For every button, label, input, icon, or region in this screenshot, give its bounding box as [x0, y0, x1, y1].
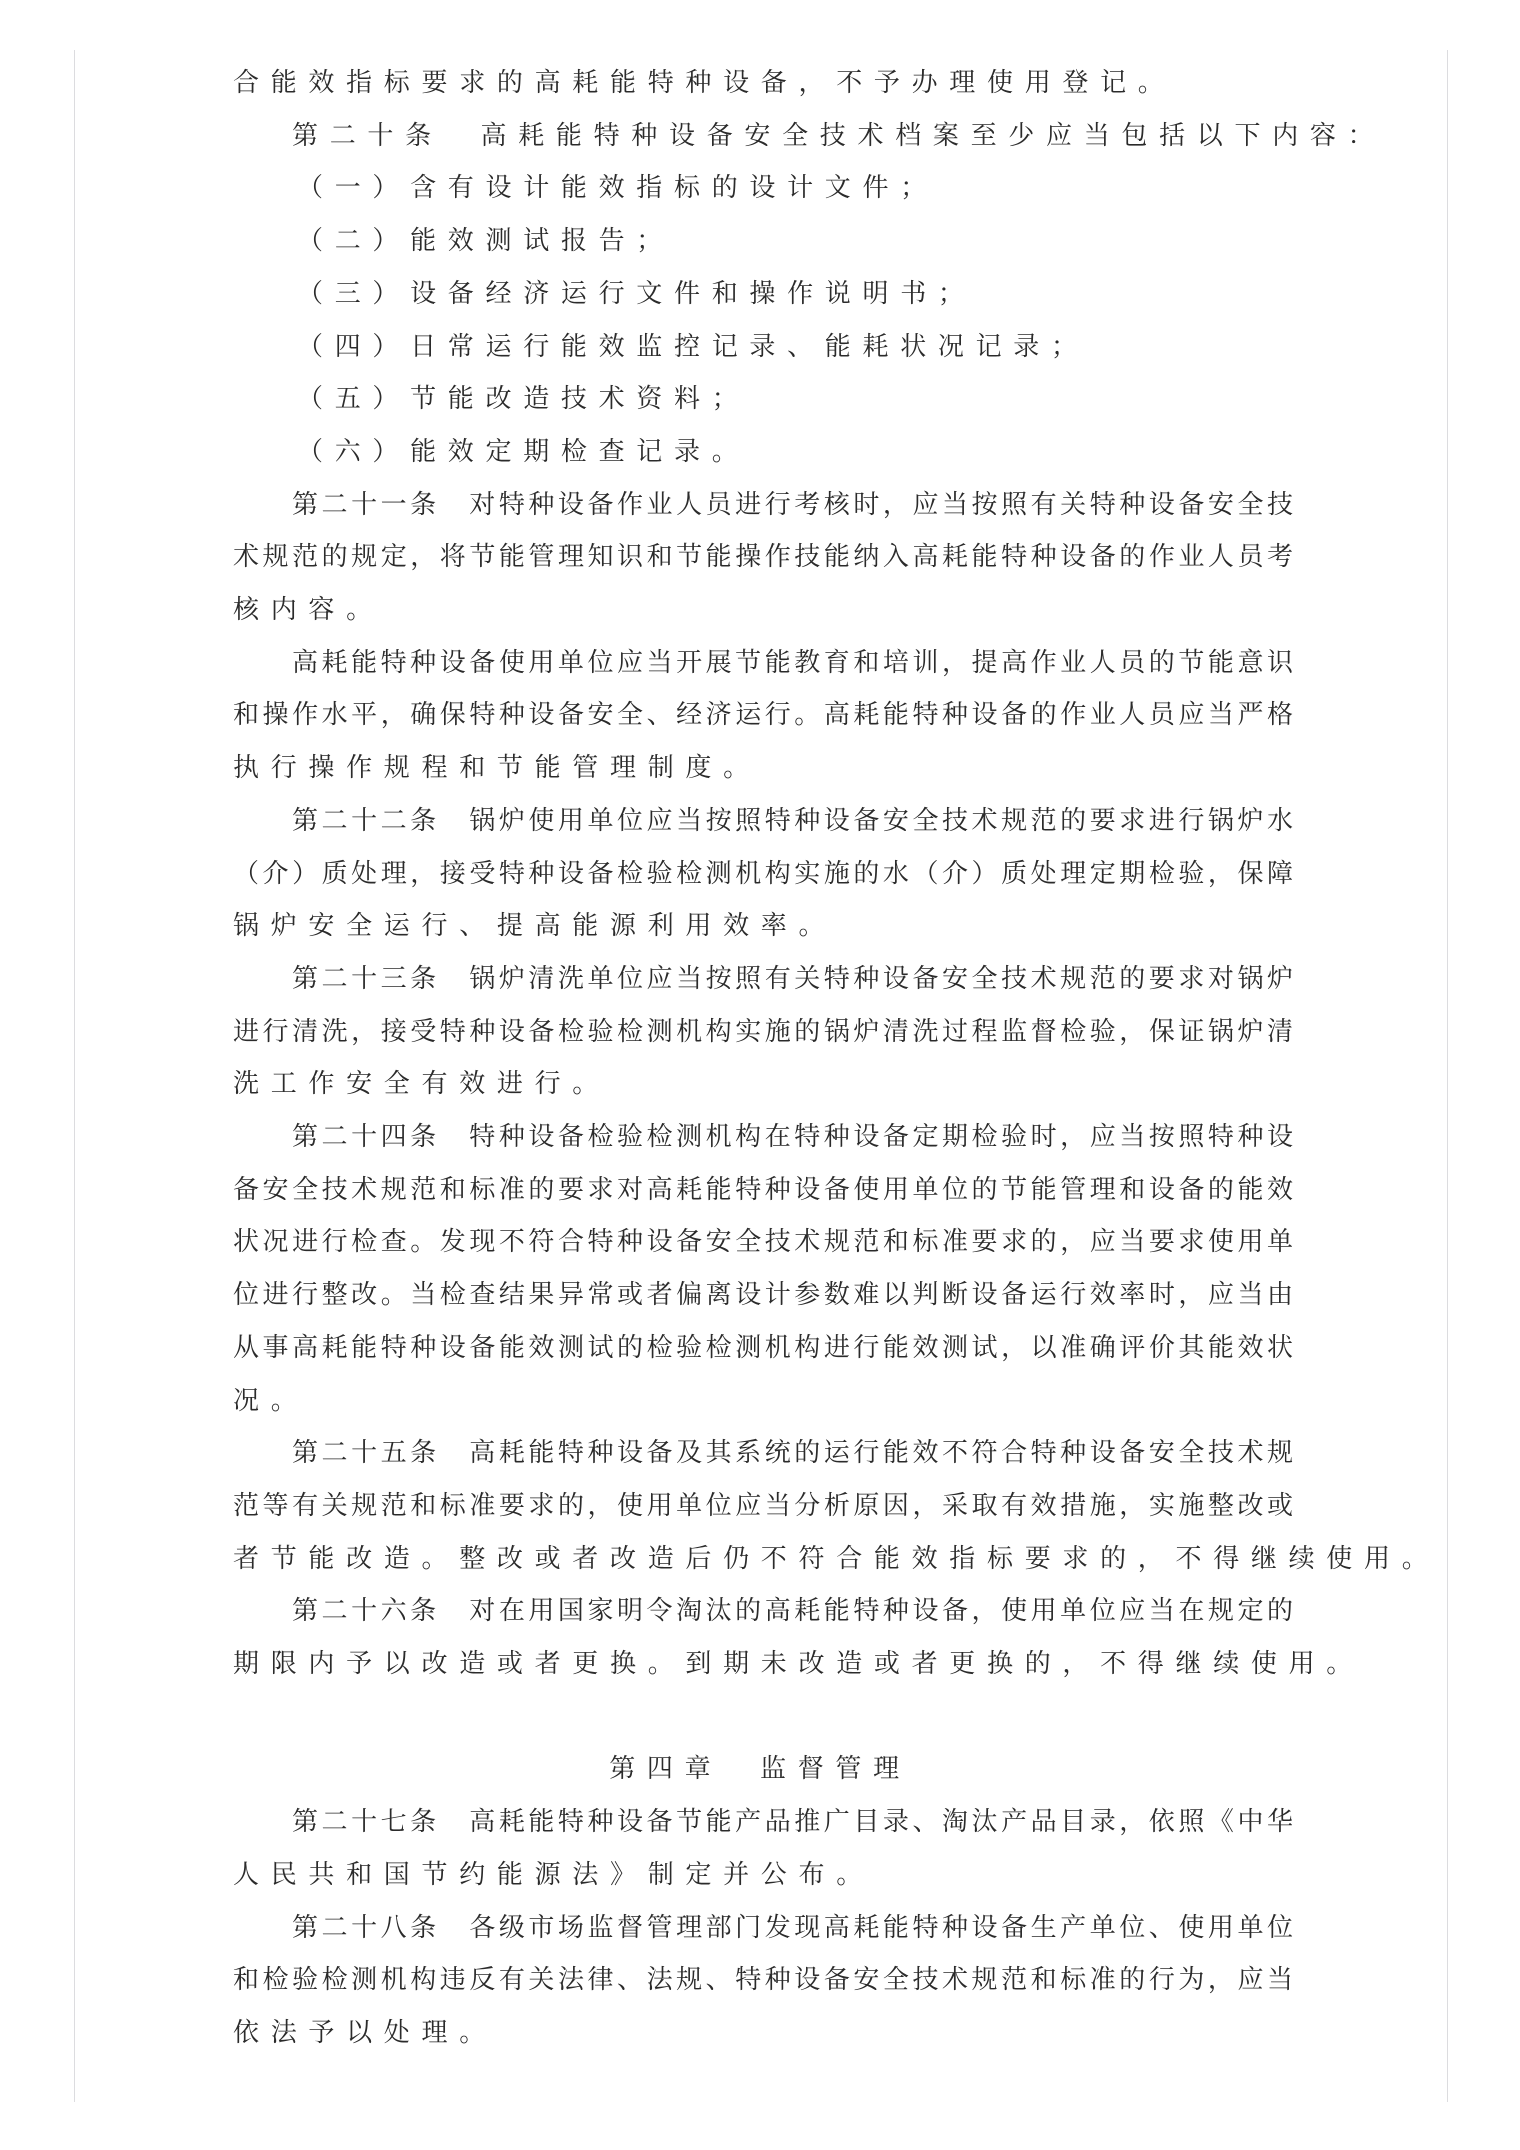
text-line: 洗工作安全有效进行。	[233, 1064, 610, 1104]
text-line: （三）设备经济运行文件和操作说明书；	[297, 274, 976, 314]
text-line: 备安全技术规范和标准的要求对高耗能特种设备使用单位的节能管理和设备的能效	[233, 1170, 1293, 1210]
text-line: 依法予以处理。	[233, 2013, 497, 2053]
text-line: 况。	[233, 1381, 308, 1421]
text-line: 第二十条 高耗能特种设备安全技术档案至少应当包括以下内容：	[292, 116, 1385, 156]
text-line: 进行清洗，接受特种设备检验检测机构实施的锅炉清洗过程监督检验，保证锅炉清	[233, 1012, 1293, 1052]
text-line: 者节能改造。整改或者改造后仍不符合能效指标要求的，不得继续使用。	[233, 1539, 1439, 1579]
text-line: 和操作水平，确保特种设备安全、经济运行。高耗能特种设备的作业人员应当严格	[233, 695, 1293, 735]
text-line: 术规范的规定，将节能管理知识和节能操作技能纳入高耗能特种设备的作业人员考	[233, 537, 1293, 577]
text-line: （一）含有设计能效指标的设计文件；	[297, 168, 938, 208]
text-line: （二）能效测试报告；	[297, 221, 674, 261]
text-line: 从事高耗能特种设备能效测试的检验检测机构进行能效测试，以准确评价其能效状	[233, 1328, 1293, 1368]
text-line: 第二十一条 对特种设备作业人员进行考核时，应当按照有关特种设备安全技	[292, 485, 1293, 525]
text-line: 第二十二条 锅炉使用单位应当按照特种设备安全技术规范的要求进行锅炉水	[292, 801, 1293, 841]
text-line: （六）能效定期检查记录。	[297, 432, 749, 472]
page-border-right	[1447, 50, 1448, 2102]
text-line: （介）质处理，接受特种设备检验检测机构实施的水（介）质处理定期检验，保障	[233, 854, 1293, 894]
text-line: 范等有关规范和标准要求的，使用单位应当分析原因，采取有效措施，实施整改或	[233, 1486, 1293, 1526]
text-line: 核内容。	[233, 590, 384, 630]
text-line: 人民共和国节约能源法》制定并公布。	[233, 1855, 874, 1895]
text-line: 和检验检测机构违反有关法律、法规、特种设备安全技术规范和标准的行为，应当	[233, 1960, 1293, 2000]
text-line: 第二十四条 特种设备检验检测机构在特种设备定期检验时，应当按照特种设	[292, 1117, 1293, 1157]
text-line: 合能效指标要求的高耗能特种设备，不予办理使用登记。	[233, 63, 1176, 103]
text-line: 执行操作规程和节能管理制度。	[233, 748, 761, 788]
text-line: 状况进行检查。发现不符合特种设备安全技术规范和标准要求的，应当要求使用单	[233, 1222, 1293, 1262]
text-line: 第二十七条 高耗能特种设备节能产品推广目录、淘汰产品目录，依照《中华	[292, 1802, 1293, 1842]
text-line: 第二十三条 锅炉清洗单位应当按照有关特种设备安全技术规范的要求对锅炉	[292, 959, 1293, 999]
text-line: （五）节能改造技术资料；	[297, 379, 749, 419]
text-line: 第二十六条 对在用国家明令淘汰的高耗能特种设备，使用单位应当在规定的	[292, 1591, 1293, 1631]
text-line: 期限内予以改造或者更换。到期未改造或者更换的，不得继续使用。	[233, 1644, 1364, 1684]
text-line: 第二十八条 各级市场监督管理部门发现高耗能特种设备生产单位、使用单位	[292, 1908, 1293, 1948]
chapter-heading: 第四章 监督管理	[0, 1749, 1520, 1789]
text-line: （四）日常运行能效监控记录、能耗状况记录；	[297, 327, 1089, 367]
text-line: 高耗能特种设备使用单位应当开展节能教育和培训，提高作业人员的节能意识	[292, 643, 1293, 683]
text-line: 第二十五条 高耗能特种设备及其系统的运行能效不符合特种设备安全技术规	[292, 1433, 1293, 1473]
text-line: 锅炉安全运行、提高能源利用效率。	[233, 906, 836, 946]
text-line: 位进行整改。当检查结果异常或者偏离设计参数难以判断设备运行效率时，应当由	[233, 1275, 1293, 1315]
page-border-left	[74, 50, 75, 2102]
